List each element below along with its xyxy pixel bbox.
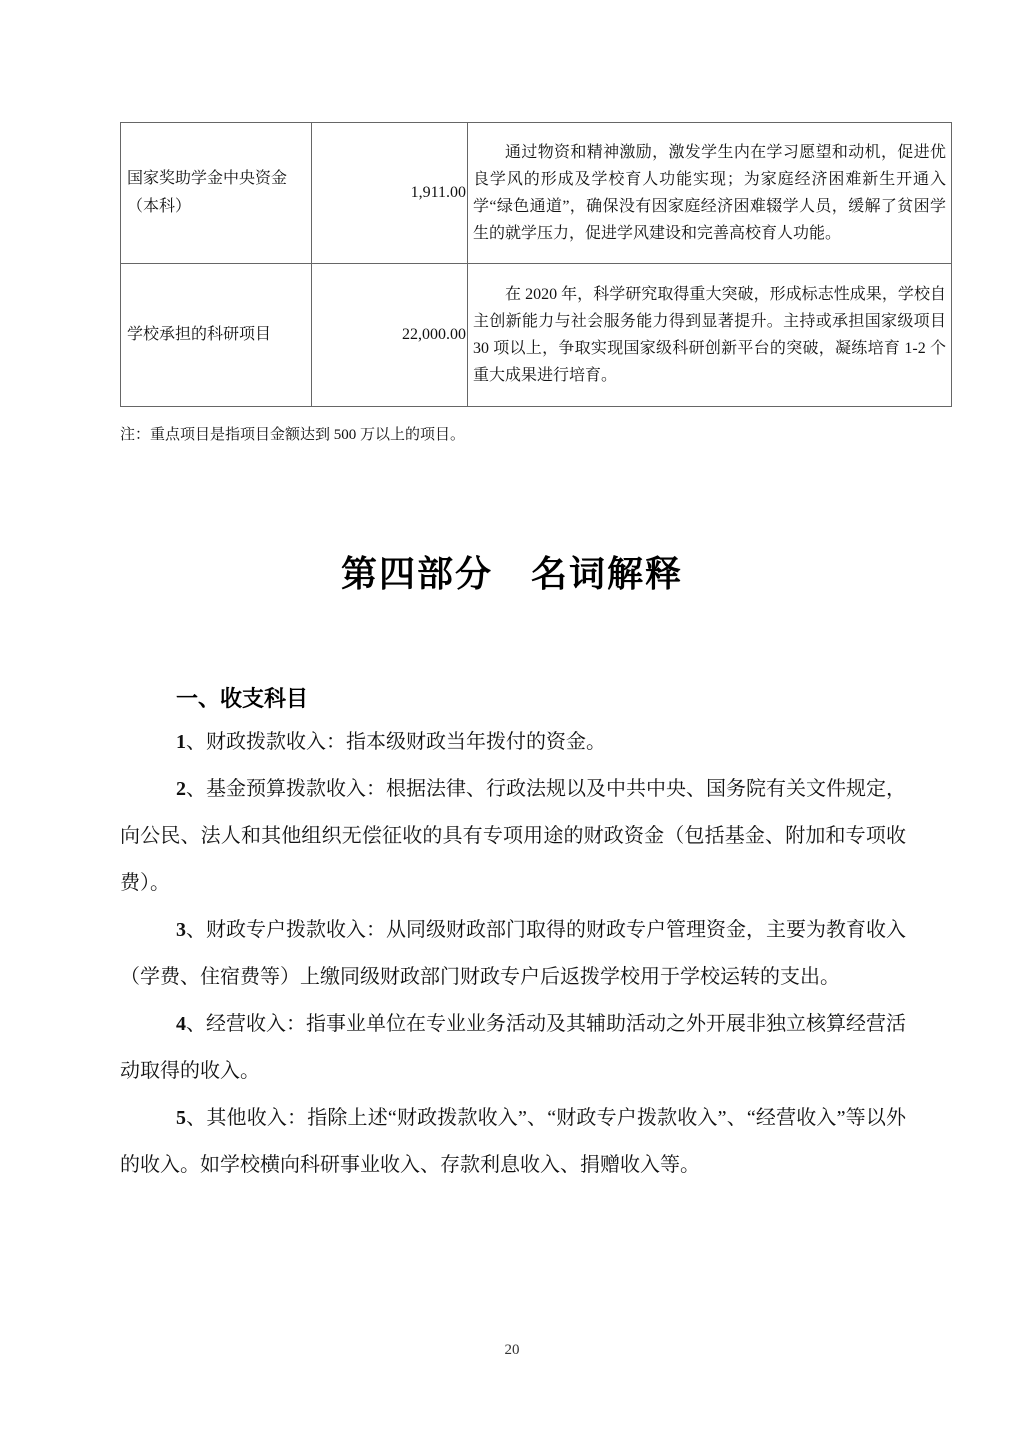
- project-name-cell: 学校承担的科研项目: [121, 264, 312, 407]
- definition-paragraph: 5、其他收入：指除上述“财政拨款收入”、“财政专户拨款收入”、“经营收入”等以外…: [120, 1095, 906, 1189]
- paragraph-text: 、财政专户拨款收入：从同级财政部门取得的财政专户管理资金，主要为教育收入（学费、…: [120, 919, 906, 988]
- glossary-definitions: 1、财政拨款收入：指本级财政当年拨付的资金。 2、基金预算拨款收入：根据法律、行…: [120, 719, 906, 1189]
- amount-cell: 22,000.00: [312, 264, 468, 407]
- paragraph-number: 3: [176, 919, 186, 941]
- definition-paragraph: 2、基金预算拨款收入：根据法律、行政法规以及中共中央、国务院有关文件规定，向公民…: [120, 766, 906, 907]
- paragraph-number: 4: [176, 1013, 186, 1035]
- paragraph-number: 5: [176, 1107, 186, 1129]
- paragraph-text: 、基金预算拨款收入：根据法律、行政法规以及中共中央、国务院有关文件规定，向公民、…: [120, 778, 906, 894]
- definition-paragraph: 4、经营收入：指事业单位在专业业务活动及其辅助活动之外开展非独立核算经营活动取得…: [120, 1001, 906, 1095]
- part-title: 第四部分 名词解释: [0, 551, 1024, 597]
- table-row: 国家奖助学金中央资金（本科） 1,911.00 通过物资和精神激励，激发学生内在…: [121, 123, 952, 264]
- description-cell: 在 2020 年，科学研究取得重大突破，形成标志性成果，学校自主创新能力与社会服…: [468, 264, 952, 407]
- paragraph-number: 2: [176, 778, 186, 800]
- paragraph-text: 、经营收入：指事业单位在专业业务活动及其辅助活动之外开展非独立核算经营活动取得的…: [120, 1013, 906, 1082]
- paragraph-text: 、财政拨款收入：指本级财政当年拨付的资金。: [186, 731, 606, 753]
- description-cell: 通过物资和精神激励，激发学生内在学习愿望和动机，促进优良学风的形成及学校育人功能…: [468, 123, 952, 264]
- definition-paragraph: 1、财政拨款收入：指本级财政当年拨付的资金。: [120, 719, 906, 766]
- paragraph-number: 1: [176, 731, 186, 753]
- paragraph-text: 、其他收入：指除上述“财政拨款收入”、“财政专户拨款收入”、“经营收入”等以外的…: [120, 1107, 906, 1176]
- document-page: 国家奖助学金中央资金（本科） 1,911.00 通过物资和精神激励，激发学生内在…: [0, 0, 1024, 1448]
- amount-cell: 1,911.00: [312, 123, 468, 264]
- performance-table: 国家奖助学金中央资金（本科） 1,911.00 通过物资和精神激励，激发学生内在…: [120, 122, 952, 407]
- table-row: 学校承担的科研项目 22,000.00 在 2020 年，科学研究取得重大突破，…: [121, 264, 952, 407]
- table-footnote: 注：重点项目是指项目金额达到 500 万以上的项目。: [120, 424, 465, 446]
- definition-paragraph: 3、财政专户拨款收入：从同级财政部门取得的财政专户管理资金，主要为教育收入（学费…: [120, 907, 906, 1001]
- page-number: 20: [0, 1342, 1024, 1359]
- project-name-cell: 国家奖助学金中央资金（本科）: [121, 123, 312, 264]
- subsection-title: 一、收支科目: [176, 684, 308, 714]
